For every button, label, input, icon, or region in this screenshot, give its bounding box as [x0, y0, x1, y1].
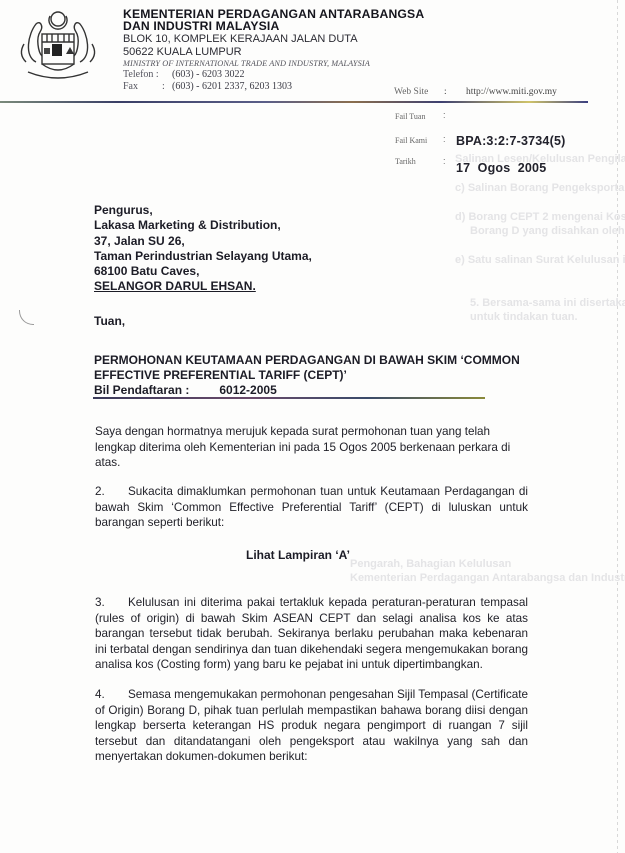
- paragraph-2: 2.Sukacita dimaklumkan permohonan tuan u…: [95, 484, 528, 531]
- subject-underline: [93, 397, 485, 399]
- paragraph-4: 4.Semasa mengemukakan permohonan pengesa…: [95, 687, 528, 765]
- recipient-line6: SELANGOR DARUL EHSAN.: [94, 279, 312, 294]
- ministry-english-name: MINISTRY OF INTERNATIONAL TRADE AND INDU…: [123, 59, 370, 68]
- tarikh-colon: :: [443, 156, 446, 166]
- bleed-through-text: Borang D yang disahkan oleh: [470, 225, 625, 238]
- fax-colon: :: [162, 81, 165, 92]
- subject-line1: PERMOHONAN KEUTAMAAN PERDAGANGAN DI BAWA…: [94, 353, 524, 368]
- attachment-reference: Lihat Lampiran ‘A’: [246, 548, 350, 562]
- bleed-through-text: e) Satu salinan Surat Kelulusan ini: [455, 254, 625, 267]
- recipient-address: Pengurus, Lakasa Marketing & Distributio…: [94, 203, 312, 295]
- contact-block: Telefon :(603) - 6203 3022 Fax:(603) - 6…: [123, 69, 292, 93]
- recipient-line5: 68100 Batu Caves,: [94, 264, 312, 279]
- recipient-line2: Lakasa Marketing & Distribution,: [94, 218, 312, 233]
- registration-number: 6012-2005: [219, 383, 276, 398]
- paragraph-3: 3.Kelulusan ini diterima pakai tertakluk…: [95, 595, 528, 673]
- fax-value: (603) - 6201 2337, 6203 1303: [172, 81, 292, 93]
- website-colon: :: [444, 87, 466, 97]
- fail-kami-colon: :: [443, 134, 446, 144]
- fax-label-text: Fax: [123, 81, 138, 92]
- paragraph-intro: Saya dengan hormatnya merujuk kepada sur…: [95, 424, 528, 471]
- tarikh-value: 17 Ogos 2005: [456, 161, 546, 175]
- paragraph-number: 2.: [95, 484, 128, 500]
- telefon-value: (603) - 6203 3022: [172, 69, 245, 81]
- salutation: Tuan,: [94, 314, 125, 328]
- website-line: Web Site:http://www.miti.gov.my: [394, 87, 557, 97]
- coat-of-arms-icon: [14, 4, 102, 88]
- paragraph-text: Sukacita dimaklumkan permohonan tuan unt…: [95, 485, 528, 529]
- punch-mark: [19, 310, 34, 325]
- address-line1: BLOK 10, KOMPLEK KERAJAAN JALAN DUTA: [123, 33, 358, 46]
- bleed-through-text: d) Borang CEPT 2 mengenai Kos Pengeluara…: [455, 211, 625, 224]
- fail-kami-value: BPA:3:2:7-3734(5): [456, 134, 565, 148]
- bleed-through-text: c) Salinan Borang Pengeksportan Kastam (…: [455, 182, 625, 195]
- ministry-name: KEMENTERIAN PERDAGANGAN ANTARABANGSA DAN…: [123, 8, 424, 32]
- fail-kami-label: Fail Kami: [395, 136, 427, 145]
- bleed-through-text: Pengarah, Bahagian Kelulusan: [350, 558, 511, 571]
- bleed-through-text: untuk tindakan tuan.: [470, 311, 578, 324]
- ministry-address: BLOK 10, KOMPLEK KERAJAAN JALAN DUTA 506…: [123, 33, 358, 58]
- fail-tuan-colon: :: [443, 110, 446, 120]
- page-edge: [617, 0, 618, 853]
- header-divider: [0, 101, 588, 103]
- bleed-through-text: Kementerian Perdagangan Antarabangsa dan…: [350, 572, 625, 585]
- paragraph-text: Semasa mengemukakan permohonan pengesaha…: [95, 688, 528, 763]
- fax-label: Fax:: [123, 81, 172, 93]
- website-label: Web Site: [394, 87, 444, 97]
- paragraph-number: 3.: [95, 595, 128, 611]
- bleed-through-text: 5. Bersama-sama ini disertakan borang ya…: [470, 297, 625, 310]
- paragraph-number: 4.: [95, 687, 128, 703]
- recipient-line3: 37, Jalan SU 26,: [94, 234, 312, 249]
- registration-label: Bil Pendaftaran :: [94, 383, 189, 397]
- fail-tuan-label: Fail Tuan: [395, 112, 425, 121]
- recipient-line1: Pengurus,: [94, 203, 312, 218]
- subject-line2: EFFECTIVE PREFERENTIAL TARIFF (CEPT)’: [94, 368, 524, 383]
- subject-block: PERMOHONAN KEUTAMAAN PERDAGANGAN DI BAWA…: [94, 353, 524, 398]
- tarikh-label: Tarikh: [395, 157, 416, 166]
- ministry-name-line2: DAN INDUSTRI MALAYSIA: [123, 20, 424, 32]
- paragraph-text: Kelulusan ini diterima pakai tertakluk k…: [95, 596, 528, 671]
- website-link[interactable]: http://www.miti.gov.my: [466, 87, 557, 97]
- recipient-line4: Taman Perindustrian Selayang Utama,: [94, 249, 312, 264]
- telefon-label: Telefon :: [123, 69, 172, 81]
- address-line2: 50622 KUALA LUMPUR: [123, 46, 358, 59]
